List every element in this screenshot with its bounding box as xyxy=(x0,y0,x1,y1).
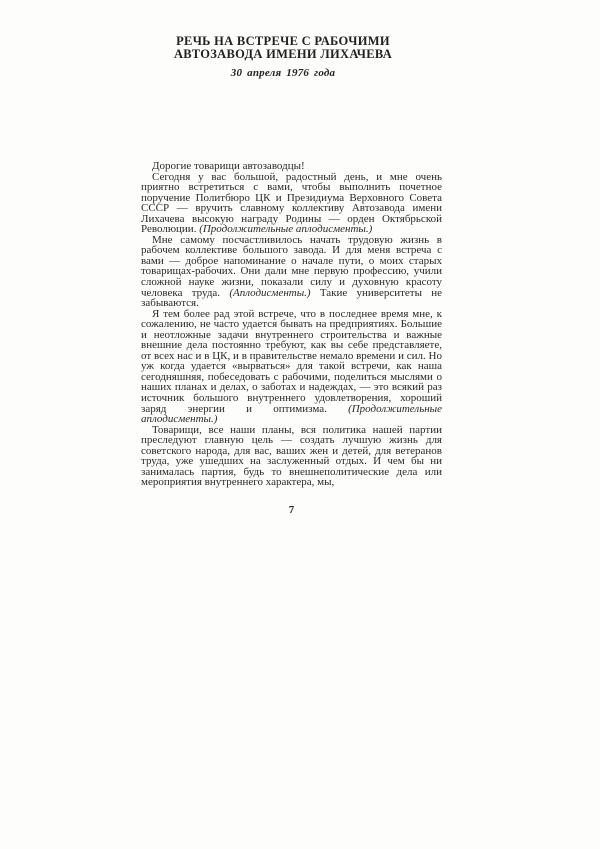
speech-date: 30 апреля 1976 года xyxy=(141,67,425,79)
speech-title-line2: АВТОЗАВОДА ИМЕНИ ЛИХАЧЕВА xyxy=(141,48,425,61)
speech-body-text: Дорогие товарищи автозаводцы! Сегодня у … xyxy=(141,161,442,488)
book-page: РЕЧЬ НА ВСТРЕЧЕ С РАБОЧИМИ АВТОЗАВОДА ИМ… xyxy=(0,0,600,849)
stage-direction-applause: (Аплодисменты.) xyxy=(229,287,310,299)
speech-heading: РЕЧЬ НА ВСТРЕЧЕ С РАБОЧИМИ АВТОЗАВОДА ИМ… xyxy=(141,35,425,79)
paragraph-award-presentation: Сегодня у вас большой, радостный день, и… xyxy=(141,172,442,235)
page-number: 7 xyxy=(141,505,442,516)
paragraph-about-meeting: Я тем более рад этой встрече, что в посл… xyxy=(141,309,442,425)
paragraph-personal-memories: Мне самому посчастливилось начать трудов… xyxy=(141,235,442,309)
paragraph-party-goals: Товарищи, все наши планы, вся политика н… xyxy=(141,425,442,488)
paragraph-text: Я тем более рад этой встрече, что в посл… xyxy=(141,308,442,415)
paragraph-text: Товарищи, все наши планы, вся политика н… xyxy=(141,424,442,489)
